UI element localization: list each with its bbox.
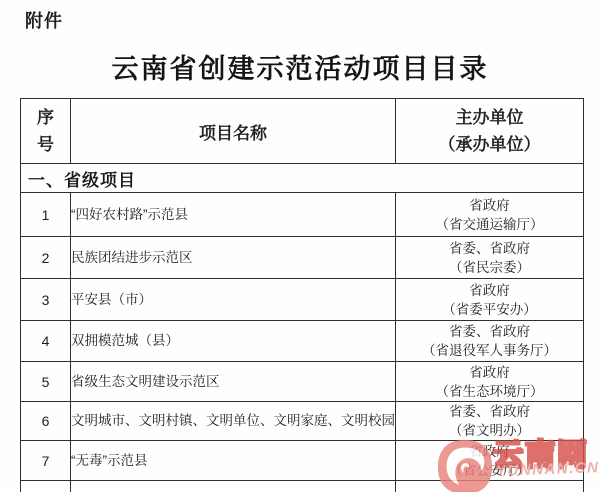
host-unit: 省政府 [396, 442, 583, 461]
host-unit: 省委、省政府 [396, 402, 583, 421]
row-number: 3 [21, 279, 71, 321]
section-title: 一、省级项目 [21, 164, 584, 193]
undertaking-unit: （省文明办） [396, 421, 583, 440]
attachment-label: 附件 [25, 7, 63, 33]
table-row: 2 民族团结进步示范区 省委、省政府 （省民宗委） [21, 237, 584, 279]
undertaking-unit: （省公安厅） [396, 461, 583, 480]
page-title: 云南省创建示范活动项目目录 [0, 47, 600, 86]
table-row: 7 “无毒”示范县 省政府 （省公安厅） [21, 441, 584, 481]
row-number: 4 [21, 321, 71, 362]
empty-cell [21, 481, 71, 492]
table-row: 3 平安县（市） 省政府 （省委平安办） [21, 279, 584, 321]
undertaking-unit: （省退役军人事务厅） [396, 341, 583, 360]
undertaking-unit: （省交通运输厅） [396, 215, 583, 234]
project-name: 双拥模范城（县） [71, 321, 396, 362]
host-unit-cell: 省政府 （省公安厅） [396, 441, 584, 481]
empty-cell [396, 481, 584, 492]
host-unit-cell: 省政府 （省委平安办） [396, 279, 584, 321]
host-unit: 省委、省政府 [396, 239, 583, 258]
table-row: 6 文明城市、文明村镇、文明单位、文明家庭、文明校园 省委、省政府 （省文明办） [21, 402, 584, 441]
undertaking-unit: （省委平安办） [396, 300, 583, 319]
undertaking-unit: （省民宗委） [396, 258, 583, 277]
column-header-no-label: 序号 [35, 104, 55, 158]
project-directory-table: 序号 项目名称 主办单位 （承办单位） 一、省级项目 1 “四好农村路”示范县 … [20, 98, 584, 492]
table-header-row: 序号 项目名称 主办单位 （承办单位） [21, 99, 584, 164]
undertaking-unit: （省生态环境厅） [396, 382, 583, 401]
table-row: 4 双拥模范城（县） 省委、省政府 （省退役军人事务厅） [21, 321, 584, 362]
project-name: 民族团结进步示范区 [71, 237, 396, 279]
column-header-unit: 主办单位 （承办单位） [396, 99, 584, 164]
host-unit-cell: 省政府 （省生态环境厅） [396, 362, 584, 402]
table-row: 5 省级生态文明建设示范区 省政府 （省生态环境厅） [21, 362, 584, 402]
section-row: 一、省级项目 [21, 164, 584, 193]
row-number: 2 [21, 237, 71, 279]
table-row-partial [21, 481, 584, 492]
table-row: 1 “四好农村路”示范县 省政府 （省交通运输厅） [21, 193, 584, 237]
host-unit-cell: 省委、省政府 （省民宗委） [396, 237, 584, 279]
project-name: “无毒”示范县 [71, 441, 396, 481]
row-number: 5 [21, 362, 71, 402]
column-header-no: 序号 [21, 99, 71, 164]
empty-cell [71, 481, 396, 492]
host-unit: 省委、省政府 [396, 322, 583, 341]
project-name: “四好农村路”示范县 [71, 193, 396, 237]
host-unit: 省政府 [396, 196, 583, 215]
host-unit-cell: 省委、省政府 （省退役军人事务厅） [396, 321, 584, 362]
host-unit: 省政府 [396, 363, 583, 382]
row-number: 1 [21, 193, 71, 237]
project-name: 省级生态文明建设示范区 [71, 362, 396, 402]
project-name: 文明城市、文明村镇、文明单位、文明家庭、文明校园 [71, 402, 396, 441]
host-unit: 省政府 [396, 281, 583, 300]
host-unit-cell: 省委、省政府 （省文明办） [396, 402, 584, 441]
host-unit-cell: 省政府 （省交通运输厅） [396, 193, 584, 237]
column-header-name: 项目名称 [71, 99, 396, 164]
row-number: 6 [21, 402, 71, 441]
row-number: 7 [21, 441, 71, 481]
project-name: 平安县（市） [71, 279, 396, 321]
